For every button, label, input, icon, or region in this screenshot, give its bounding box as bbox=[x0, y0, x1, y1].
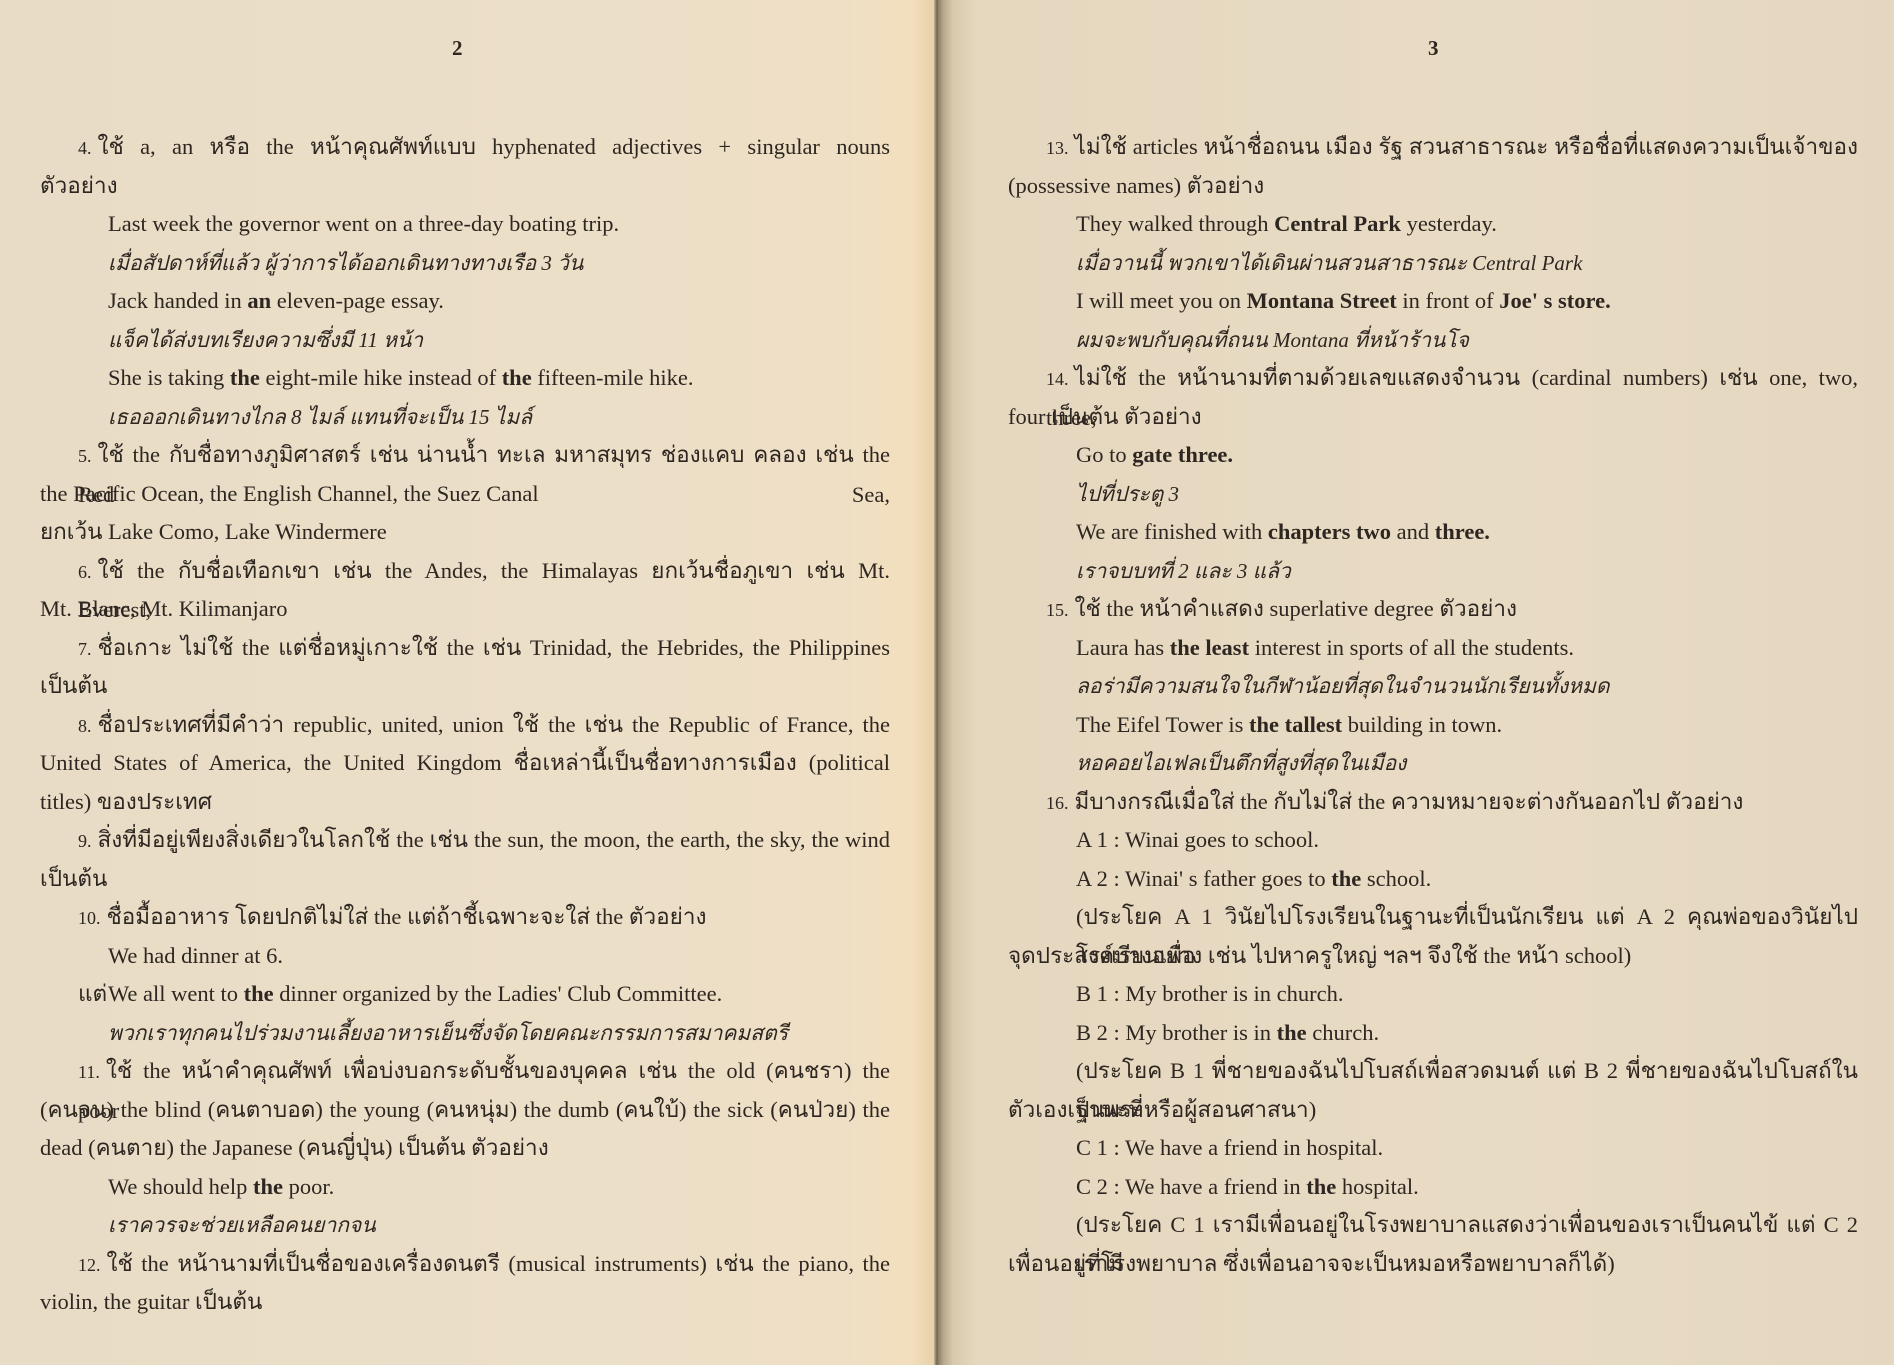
explanation: (ประโยค C 1 เรามีเพื่อนอยู่ในโรงพยาบาลแส… bbox=[1008, 1206, 1858, 1245]
rule-10-heading: 10.ชื่อมื้ออาหาร โดยปกติไม่ใส่ the แต่ถ้… bbox=[40, 898, 890, 937]
example-label: ตัวอย่าง bbox=[40, 167, 890, 206]
rule-15-heading: 15.ใช้ the หน้าคำแสดง superlative degree… bbox=[1008, 590, 1858, 629]
rule-6-heading: 6.ใช้ the กับชื่อเทือกเขา เช่น the Andes… bbox=[40, 552, 890, 591]
example-th: หอคอยไอเฟลเป็นตึกที่สูงที่สุดในเมือง bbox=[1008, 744, 1858, 783]
example-en: I will meet you on Montana Street in fro… bbox=[1008, 282, 1858, 321]
example-en: The Eifel Tower is the tallest building … bbox=[1008, 706, 1858, 745]
example-th: แจ็คได้ส่งบทเรียงความซึ่งมี 11 หน้า bbox=[40, 321, 890, 360]
example-th: ไปที่ประตู 3 bbox=[1008, 475, 1858, 514]
example-en: They walked through Central Park yesterd… bbox=[1008, 205, 1858, 244]
page-content: 4.ใช้ a, an หรือ the หน้าคุณศัพท์แบบ hyp… bbox=[40, 128, 890, 1322]
example-en: A 1 : Winai goes to school. bbox=[1008, 821, 1858, 860]
rule-text: United States of America, the United Kin… bbox=[40, 744, 890, 783]
example-th: เมื่อวานนี้ พวกเขาได้เดินผ่านสวนสาธารณะ … bbox=[1008, 244, 1858, 283]
page-number: 3 bbox=[1428, 36, 1439, 61]
rule-text: violin, the guitar เป็นต้น bbox=[40, 1283, 890, 1322]
rule-text: titles) ของประเทศ bbox=[40, 783, 890, 822]
example-th: เราจบบทที่ 2 และ 3 แล้ว bbox=[1008, 552, 1858, 591]
rule-11-heading: 11.ใช้ the หน้าคำคุณศัพท์ เพื่อบ่งบอกระด… bbox=[40, 1052, 890, 1091]
example-th: พวกเราทุกคนไปร่วมงานเลี้ยงอาหารเย็นซึ่งจ… bbox=[40, 1014, 890, 1053]
example-en: Go to gate three. bbox=[1008, 436, 1858, 475]
page-number: 2 bbox=[452, 36, 463, 61]
example-en: แต่We all went to the dinner organized b… bbox=[40, 975, 890, 1014]
rule-7-heading: 7.ชื่อเกาะ ไม่ใช้ the แต่ชื่อหมู่เกาะใช้… bbox=[40, 629, 890, 668]
rule-text: four เป็นต้น ตัวอย่าง bbox=[1008, 398, 1858, 437]
example-en: We had dinner at 6. bbox=[40, 937, 890, 976]
example-th: เราควรจะช่วยเหลือคนยากจน bbox=[40, 1206, 890, 1245]
explanation: (ประโยค A 1 วินัยไปโรงเรียนในฐานะที่เป็น… bbox=[1008, 898, 1858, 937]
rule-8-heading: 8.ชื่อประเทศที่มีคำว่า republic, united,… bbox=[40, 706, 890, 745]
example-th: เธอออกเดินทางไกล 8 ไมล์ แทนที่จะเป็น 15 … bbox=[40, 398, 890, 437]
rule-text: Mt. Blanc, Mt. Kilimanjaro bbox=[40, 590, 890, 629]
explanation: ตัวเองเป็นพระหรือผู้สอนศาสนา) bbox=[1008, 1091, 1858, 1130]
rule-14-heading: 14.ไม่ใช้ the หน้านามที่ตามด้วยเลขแสดงจำ… bbox=[1008, 359, 1858, 398]
example-en: Jack handed in an eleven-page essay. bbox=[40, 282, 890, 321]
example-en: C 2 : We have a friend in the hospital. bbox=[1008, 1168, 1858, 1207]
example-en: A 2 : Winai' s father goes to the school… bbox=[1008, 860, 1858, 899]
rule-text: ยกเว้น Lake Como, Lake Windermere bbox=[40, 513, 890, 552]
left-page: 2 4.ใช้ a, an หรือ the หน้าคุณศัพท์แบบ h… bbox=[0, 0, 938, 1365]
explanation: เพื่อนอยู่ที่โรงพยาบาล ซึ่งเพื่อนอาจจะเป… bbox=[1008, 1245, 1858, 1284]
explanation: (ประโยค B 1 พี่ชายของฉันไปโบสถ์เพื่อสวดม… bbox=[1008, 1052, 1858, 1091]
example-en: We are finished with chapters two and th… bbox=[1008, 513, 1858, 552]
rule-5-heading: 5.ใช้ the กับชื่อทางภูมิศาสตร์ เช่น น่าน… bbox=[40, 436, 890, 475]
example-en: Laura has the least interest in sports o… bbox=[1008, 629, 1858, 668]
example-th: ลอร่ามีความสนใจในกีฬาน้อยที่สุดในจำนวนนั… bbox=[1008, 667, 1858, 706]
rule-12-heading: 12.ใช้ the หน้านามที่เป็นชื่อของเครื่องด… bbox=[40, 1245, 890, 1284]
rule-4-heading: 4.ใช้ a, an หรือ the หน้าคุณศัพท์แบบ hyp… bbox=[40, 128, 890, 167]
explanation: จุดประสงค์บางอย่าง เช่น ไปหาครูใหญ่ ฯลฯ … bbox=[1008, 937, 1858, 976]
example-en: B 1 : My brother is in church. bbox=[1008, 975, 1858, 1014]
book-spread: 2 4.ใช้ a, an หรือ the หน้าคุณศัพท์แบบ h… bbox=[0, 0, 1894, 1365]
rule-text: dead (คนตาย) the Japanese (คนญี่ปุ่น) เป… bbox=[40, 1129, 890, 1168]
example-en: B 2 : My brother is in the church. bbox=[1008, 1014, 1858, 1053]
example-th: เมื่อสัปดาห์ที่แล้ว ผู้ว่าการได้ออกเดินท… bbox=[40, 244, 890, 283]
example-th: ผมจะพบกับคุณที่ถนน Montana ที่หน้าร้านโจ bbox=[1008, 321, 1858, 360]
example-en: C 1 : We have a friend in hospital. bbox=[1008, 1129, 1858, 1168]
example-en: Last week the governor went on a three-d… bbox=[40, 205, 890, 244]
rule-text: (possessive names) ตัวอย่าง bbox=[1008, 167, 1858, 206]
page-content: 13.ไม่ใช้ articles หน้าชื่อถนน เมือง รัฐ… bbox=[1008, 128, 1858, 1283]
right-page: 3 13.ไม่ใช้ articles หน้าชื่อถนน เมือง ร… bbox=[938, 0, 1894, 1365]
rule-text: เป็นต้น bbox=[40, 860, 890, 899]
rule-text: (คนจน) the blind (คนตาบอด) the young (คน… bbox=[40, 1091, 890, 1130]
rule-13-heading: 13.ไม่ใช้ articles หน้าชื่อถนน เมือง รัฐ… bbox=[1008, 128, 1858, 167]
example-en: We should help the poor. bbox=[40, 1168, 890, 1207]
rule-9-heading: 9.สิ่งที่มีอยู่เพียงสิ่งเดียวในโลกใช้ th… bbox=[40, 821, 890, 860]
rule-16-heading: 16.มีบางกรณีเมื่อใส่ the กับไม่ใส่ the ค… bbox=[1008, 783, 1858, 822]
rule-text: เป็นต้น bbox=[40, 667, 890, 706]
example-en: She is taking the eight-mile hike instea… bbox=[40, 359, 890, 398]
